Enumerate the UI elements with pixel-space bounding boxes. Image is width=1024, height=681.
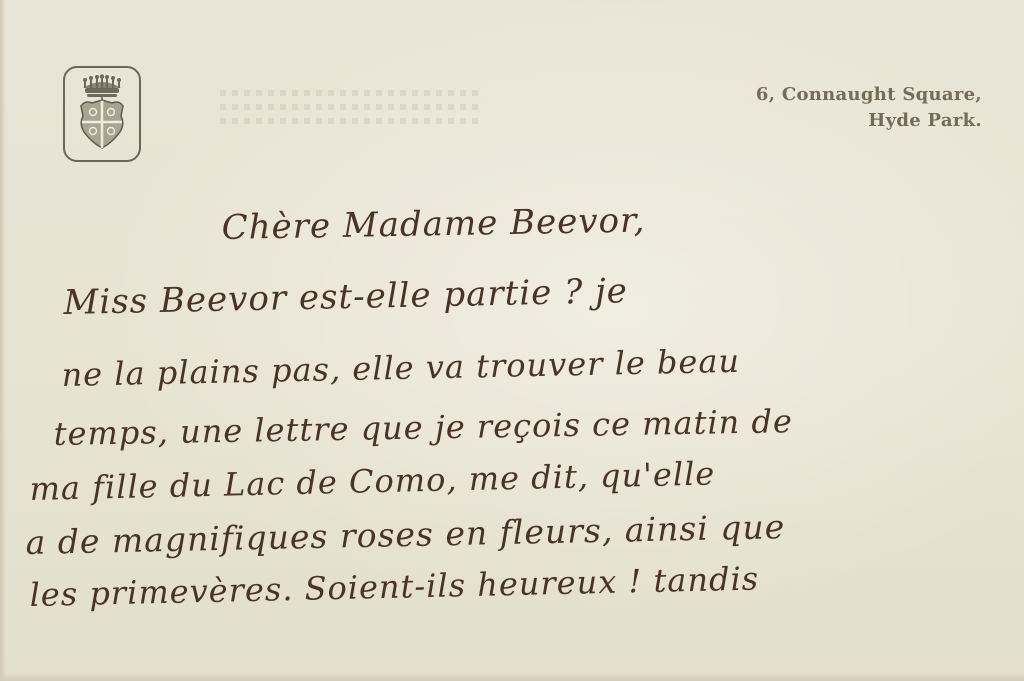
letter-line: temps, une lettre que je reçois ce matin… <box>53 402 793 453</box>
salutation: Chère Madame Beevor, <box>221 201 645 248</box>
letter-line: ne la plains pas, elle va trouver le bea… <box>61 342 740 394</box>
letter-line: a de magnifiques roses en fleurs, ainsi … <box>25 507 785 562</box>
letter-body: Chère Madame Beevor, Miss Beevor est-ell… <box>0 0 1024 681</box>
letter-page: 6, Connaught Square, Hyde Park. Chère Ma… <box>0 0 1024 681</box>
letter-line: ma fille du Lac de Como, me dit, qu'elle <box>29 454 716 508</box>
letter-line: Miss Beevor est-elle partie ? je <box>63 271 628 323</box>
letter-line: les primevères. Soient-ils heureux ! tan… <box>29 559 759 614</box>
